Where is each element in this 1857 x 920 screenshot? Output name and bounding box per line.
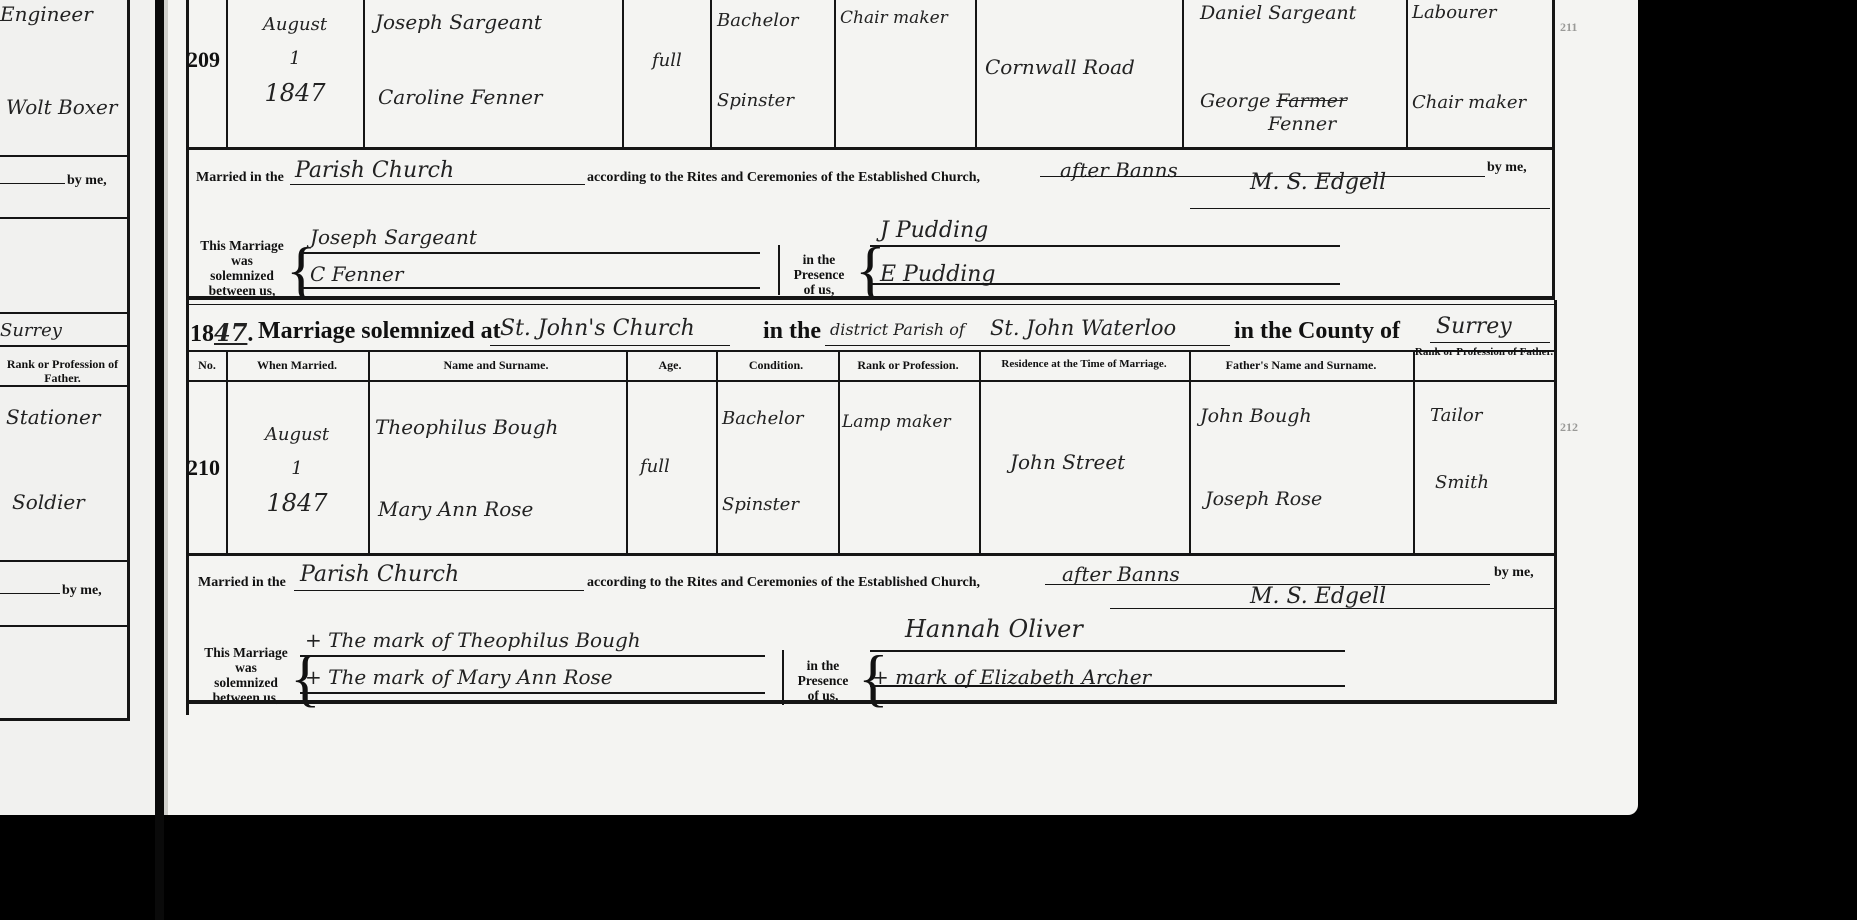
bride-father-profession: Smith bbox=[1435, 472, 1489, 493]
left-fragment-father-prof-1: Stationer bbox=[6, 405, 100, 429]
bride-name: Caroline Fenner bbox=[378, 85, 542, 109]
when-married: August 1 1847 bbox=[228, 418, 366, 520]
solemnized-at-label: Marriage solemnized at bbox=[258, 318, 501, 345]
groom-name: Theophilus Bough bbox=[375, 415, 558, 439]
witness-signature-1: Hannah Oliver bbox=[905, 615, 1083, 643]
by-me-label: by me, bbox=[1494, 565, 1534, 581]
married-in-label: Married in the bbox=[198, 575, 286, 591]
left-by-me: by me, bbox=[67, 173, 107, 189]
groom-father-profession: Tailor bbox=[1430, 405, 1482, 426]
col-when-married: When Married. bbox=[228, 358, 366, 373]
col-name: Name and Surname. bbox=[368, 358, 624, 373]
district: district Parish of bbox=[830, 320, 965, 339]
bride-father-surname: Fenner bbox=[1268, 113, 1336, 135]
by-me-label: by me, bbox=[1487, 160, 1527, 176]
col-residence: Residence at the Time of Marriage. bbox=[980, 358, 1188, 370]
banns: after Banns bbox=[1062, 562, 1180, 586]
bride-father: Joseph Rose bbox=[1205, 488, 1322, 510]
bride-father-profession: Chair maker bbox=[1412, 92, 1526, 113]
residence: Cornwall Road bbox=[985, 55, 1135, 79]
married-in-place: Parish Church bbox=[300, 562, 459, 587]
groom-father: Daniel Sargeant bbox=[1200, 2, 1356, 24]
county-name: Surrey bbox=[1436, 314, 1512, 339]
church-name: St. John's Church bbox=[500, 316, 695, 341]
groom-name: Joseph Sargeant bbox=[375, 10, 542, 34]
left-col-header: Rank or Profession of Father. bbox=[0, 357, 125, 385]
county-label: in the County of bbox=[1234, 318, 1400, 345]
age: full bbox=[640, 456, 670, 477]
bleed-through-text: 211 bbox=[1560, 20, 1577, 35]
party-signature-1: + The mark of Theophilus Bough bbox=[305, 628, 641, 652]
left-fragment-name: Wolt Boxer bbox=[6, 95, 117, 119]
col-father-profession: Rank or Profession of Father. bbox=[1414, 346, 1554, 359]
bride-condition: Spinster bbox=[717, 90, 794, 111]
witness-signature-1: J Pudding bbox=[880, 218, 988, 243]
party-signature-2: + The mark of Mary Ann Rose bbox=[305, 665, 613, 689]
officiant-signature: M. S. Edgell bbox=[1250, 170, 1386, 195]
presence-label: in the Presence of us, bbox=[786, 658, 860, 703]
banns: after Banns bbox=[1060, 158, 1178, 182]
bleed-through-text: 212 bbox=[1560, 420, 1578, 435]
left-fragment-profession: Engineer bbox=[0, 2, 93, 26]
left-by-me-2: by me, bbox=[62, 583, 102, 599]
bride-name: Mary Ann Rose bbox=[378, 497, 533, 521]
residence: John Street bbox=[1010, 450, 1125, 474]
groom-profession: Lamp maker bbox=[842, 412, 951, 432]
age: full bbox=[652, 50, 682, 71]
party-signature-2: C Fenner bbox=[310, 262, 403, 286]
parish-name: St. John Waterloo bbox=[990, 316, 1176, 340]
solemnized-label: This Marriage was solemnized between us, bbox=[196, 645, 296, 705]
entry-number: 210 bbox=[187, 455, 220, 481]
groom-father-profession: Labourer bbox=[1412, 2, 1497, 23]
solemnized-label: This Marriage was solemnized between us, bbox=[192, 238, 292, 298]
married-in-place: Parish Church bbox=[295, 158, 454, 183]
book-spine bbox=[155, 0, 164, 920]
spine-edge bbox=[164, 0, 168, 815]
groom-condition: Bachelor bbox=[722, 408, 803, 429]
left-fragment-father-prof-2: Soldier bbox=[12, 490, 85, 514]
col-rank-profession: Rank or Profession. bbox=[838, 358, 978, 373]
entry-number: 209 bbox=[187, 47, 220, 73]
groom-condition: Bachelor bbox=[717, 10, 798, 31]
bride-father: George Farmer bbox=[1200, 90, 1347, 112]
bride-condition: Spinster bbox=[722, 494, 799, 515]
col-age: Age. bbox=[626, 358, 714, 373]
party-signature-1: Joseph Sargeant bbox=[310, 225, 477, 249]
when-married: August 1 1847 bbox=[228, 8, 362, 110]
rites-text: according to the Rites and Ceremonies of… bbox=[587, 575, 980, 591]
officiant-signature: M. S. Edgell bbox=[1250, 584, 1386, 609]
groom-father: John Bough bbox=[1200, 405, 1312, 427]
presence-label: in the Presence of us, bbox=[782, 252, 856, 297]
left-register-page: Engineer Wolt Boxer by me, Surrey Rank o… bbox=[0, 0, 155, 815]
col-no: No. bbox=[188, 358, 226, 373]
col-father-name: Father's Name and Surname. bbox=[1190, 358, 1412, 373]
rites-text: according to the Rites and Ceremonies of… bbox=[587, 170, 980, 186]
married-in-label: Married in the bbox=[196, 170, 284, 186]
col-condition: Condition. bbox=[716, 358, 836, 373]
in-the-label: in the bbox=[763, 318, 821, 345]
left-fragment-county: Surrey bbox=[0, 320, 62, 341]
groom-profession: Chair maker bbox=[840, 8, 948, 28]
year: 1847. bbox=[190, 318, 253, 348]
